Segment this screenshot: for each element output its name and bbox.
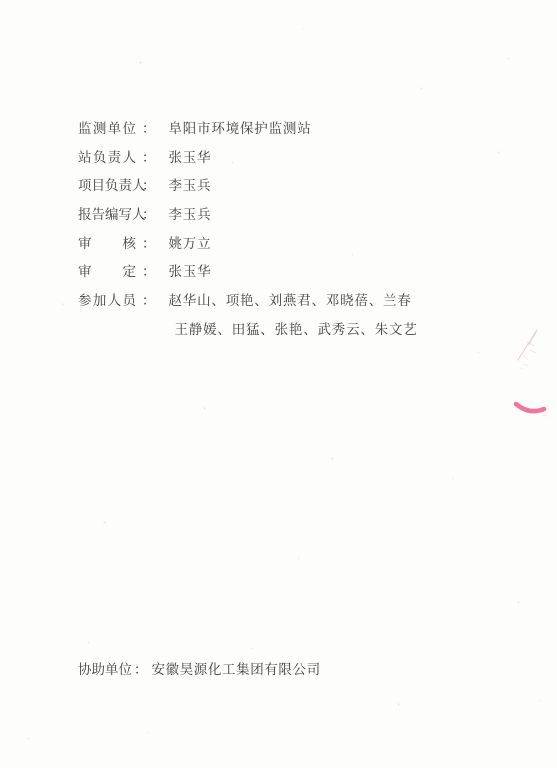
- stamp-stroke-tail: [543, 415, 547, 416]
- field-colon: ：: [142, 294, 156, 308]
- stamp-stroke: [516, 404, 544, 411]
- field-row-report-author: 报告编写人：李玉兵: [0, 208, 557, 222]
- field-row-approver: 审定：张玉华: [0, 265, 557, 279]
- field-label: 监测单位: [78, 122, 136, 136]
- field-value: 张玉华: [169, 151, 212, 165]
- field-value: 李玉兵: [169, 179, 212, 193]
- field-colon: ：: [142, 151, 156, 165]
- field-row-assisting-unit: 协助单位：安徽昊源化工集团有限公司: [78, 663, 321, 677]
- field-value: 李玉兵: [169, 208, 212, 222]
- scan-noise: [0, 0, 1, 1]
- field-label: 报告编写人: [78, 208, 136, 222]
- field-label: 项目负责人: [78, 179, 136, 193]
- participants-line-2: 王静媛、田猛、张艳、武秀云、朱文艺: [169, 323, 418, 337]
- field-colon: ：: [134, 663, 148, 677]
- field-value: 姚万立: [169, 237, 212, 251]
- credits-field-list: 监测单位：阜阳市环境保护监测站 站负责人：张玉华 项目负责人：李玉兵 报告编写人…: [0, 122, 557, 352]
- field-label: 站负责人: [78, 151, 136, 165]
- field-value: 阜阳市环境保护监测站: [169, 122, 312, 136]
- field-row-reviewer: 审核：姚万立: [0, 237, 557, 251]
- scanned-document-page: 监测单位：阜阳市环境保护监测站 站负责人：张玉华 项目负责人：李玉兵 报告编写人…: [0, 0, 557, 768]
- field-label: 审核: [78, 237, 136, 251]
- field-row-monitoring-unit: 监测单位：阜阳市环境保护监测站: [0, 122, 557, 136]
- field-colon: ：: [142, 122, 156, 136]
- field-value: 安徽昊源化工集团有限公司: [152, 663, 321, 677]
- field-colon: ：: [142, 237, 156, 251]
- field-row-participants: 参加人员：赵华山、项艳、刘燕君、邓晓蓓、兰春王静媛、田猛、张艳、武秀云、朱文艺: [0, 294, 557, 337]
- field-label: 审定: [78, 265, 136, 279]
- field-colon: ：: [142, 208, 156, 222]
- field-label: 协助单位: [78, 662, 132, 677]
- participants-names: 赵华山、项艳、刘燕君、邓晓蓓、兰春王静媛、田猛、张艳、武秀云、朱文艺: [169, 294, 418, 337]
- field-row-project-lead: 项目负责人：李玉兵: [0, 179, 557, 193]
- field-colon: ：: [142, 265, 156, 279]
- field-value: 张玉华: [169, 265, 212, 279]
- field-label: 参加人员: [78, 294, 136, 308]
- field-colon: ：: [142, 179, 156, 193]
- field-row-station-head: 站负责人：张玉华: [0, 151, 557, 165]
- participants-line-1: 赵华山、项艳、刘燕君、邓晓蓓、兰春: [169, 294, 418, 308]
